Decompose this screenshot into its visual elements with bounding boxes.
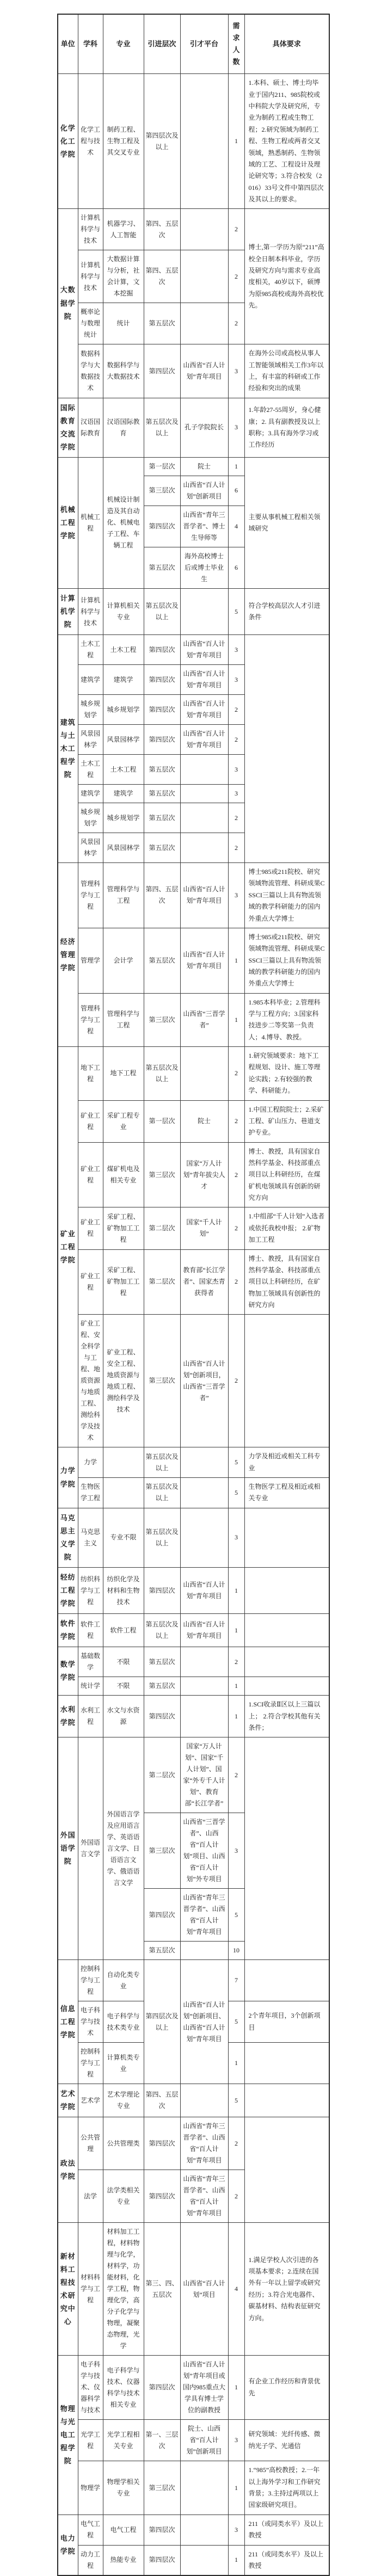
- major-cell: 软件工程: [103, 1614, 144, 1647]
- level-cell: 第四层次: [144, 2117, 180, 2170]
- level-cell: 第四、五层次: [144, 209, 180, 250]
- count-cell: 1: [228, 2043, 244, 2084]
- major-cell: 建筑学: [103, 785, 144, 803]
- level-cell: 第四层次及以上: [144, 74, 180, 209]
- level-cell: 第三、四、五层次: [144, 2223, 180, 2356]
- table-row: 大数据学院计算机科学与技术机器学习、人工智能第四、五层次2博士,第一学历为原“2…: [58, 209, 329, 250]
- level-cell: 第五层次及以上: [144, 398, 180, 457]
- table-row: 力学学院力学第五层次及以上5力学及相近或相关工科专业: [58, 1447, 329, 1478]
- subject-cell: 地下工程: [78, 1047, 103, 1100]
- major-cell: 专业不限: [103, 1508, 144, 1567]
- subject-cell: 化学工程与技术: [78, 74, 103, 209]
- count-cell: 2: [228, 695, 244, 725]
- major-cell: 地下工程: [103, 1047, 144, 1100]
- req-cell: [244, 1614, 329, 1647]
- unit-cell: 数学学院: [58, 1647, 78, 1696]
- subject-cell: 外国语言文学: [78, 1737, 103, 1960]
- count-cell: 5: [228, 588, 244, 634]
- platform-cell: 山西省“百人计划”青年项目: [180, 695, 228, 725]
- count-cell: 2: [228, 2117, 244, 2170]
- table-row: 经济管理学院管理科学与工程管理科学与工程第四、五层次山西省“百人计划”青年项目3…: [58, 863, 329, 928]
- platform-cell: 国家“万人计划”、国家“千人计划”、国家“外专千人计划”、教育部“长江学者”: [180, 1737, 228, 1813]
- platform-cell: [180, 1447, 228, 1478]
- req-cell: [244, 635, 329, 863]
- subject-cell: 管理科学与工程: [78, 863, 103, 928]
- unit-cell: 化学化工学院: [58, 74, 78, 209]
- subject-cell: 风景园林学: [78, 725, 103, 755]
- table-row: 马克思主义学院马克思主义专业不限第五层次及以上3: [58, 1508, 329, 1567]
- count-cell: 2: [228, 833, 244, 863]
- major-cell: 材料加工工程，材料物理与化学，材料学，功能材料，化学工程，物理化学，高分子化学与…: [103, 2223, 144, 2356]
- platform-cell: [180, 833, 228, 863]
- req-cell: 主要从事机械工程相关领域研究: [244, 457, 329, 588]
- req-cell: 符合学校高层次人才引进条件: [244, 588, 329, 634]
- subject-cell: 管理学: [78, 928, 103, 993]
- level-cell: 第四层次: [144, 2356, 180, 2420]
- level-cell: 第四层次: [144, 344, 180, 398]
- req-cell: [244, 2043, 329, 2084]
- platform-cell: [180, 2084, 228, 2117]
- level-cell: 第五层次: [144, 785, 180, 803]
- count-cell: 3: [228, 635, 244, 665]
- platform-cell: 山西省“百人计划”青年项目: [180, 928, 228, 993]
- level-cell: 第五层次及以上: [144, 1047, 180, 1100]
- table-row: 外国语学院外国语言文学外国语言学及应用语言学、英语语言文学、日语语言文学、俄语语…: [58, 1737, 329, 1813]
- subject-cell: 软件工程: [78, 1614, 103, 1647]
- count-cell: 2: [228, 1647, 244, 1677]
- major-cell: 大数据计算与分析，社会计算，文本挖掘: [103, 250, 144, 303]
- major-cell: 不限: [103, 1647, 144, 1677]
- platform-cell: 山西省“青年三晋学者”、博士生导师等: [180, 506, 228, 547]
- header-cell-level: 引进层次: [144, 14, 180, 74]
- platform-cell: 山西省“青年三晋学者”、山西省“百人计划”青年项目: [180, 2170, 228, 2223]
- subject-cell: 统计学: [78, 1677, 103, 1696]
- level-cell: 第五层次及以上: [144, 1447, 180, 1478]
- level-cell: 第三层次: [144, 1142, 180, 1207]
- major-cell: 会计学: [103, 928, 144, 993]
- req-cell: [244, 1647, 329, 1677]
- level-cell: 第三层次: [144, 993, 180, 1046]
- subject-cell: 动力工程: [78, 2545, 103, 2575]
- table-row: 电力学院电气工程电气工程第四层次3211（或同类水平）及以上教授: [58, 2515, 329, 2545]
- table-row: 轻纺工程学院纺织科学与工程纺织化学及材料和生物技术第四层次山西省“百人计划”青年…: [58, 1567, 329, 1613]
- platform-cell: 院士: [180, 1100, 228, 1142]
- platform-cell: [180, 303, 228, 344]
- major-cell: 管理科学与工程: [103, 863, 144, 928]
- header-cell-unit: 单位: [58, 14, 78, 74]
- count-cell: 2: [228, 1142, 244, 1207]
- major-cell: 计算机类专业: [103, 2043, 144, 2084]
- subject-cell: 数据科学与大数据技术: [78, 344, 103, 398]
- major-cell: 纺织化学及材料和生物技术: [103, 1567, 144, 1613]
- major-cell: 外国语言学及应用语言学、英语语言文学、日语语言文学、俄语语言文学: [103, 1737, 144, 1960]
- table-row: 水利学院水利工程水文与水资源第四层次11.SCI收录Ⅱ区以上三篇以上； 2.符合…: [58, 1696, 329, 1737]
- subject-cell: 电子科学与技术: [78, 2001, 103, 2043]
- table-row: 光学工程光学工程相关专业第一、三层次院士、山西省“百人计划”创新项目3研究领域：…: [58, 2420, 329, 2461]
- level-cell: 第五层次: [144, 928, 180, 993]
- header-cell-major: 专业: [103, 14, 144, 74]
- subject-cell: 机械工程: [78, 457, 103, 588]
- level-cell: 第四层次: [144, 2170, 180, 2223]
- platform-cell: 院士、山西省“百人计划”创新项目: [180, 2420, 228, 2461]
- platform-cell: [180, 588, 228, 634]
- platform-cell: [180, 1508, 228, 1567]
- req-cell: 1.“985”高校教授；2.一年以上海外学习和工作研究背景；3.主持过两项以上国…: [244, 2461, 329, 2515]
- level-cell: 第三层次: [144, 476, 180, 506]
- subject-cell: 纺织科学与工程: [78, 1567, 103, 1613]
- req-cell: 1.研究领域要求：地下工程规划、设计、施工等理论实践；2.有较强的教学、科研能力…: [244, 1047, 329, 1100]
- req-cell: [244, 1960, 329, 2001]
- level-cell: 第五层次: [144, 1942, 180, 1960]
- table-row: 管理学会计学第五层次山西省“百人计划”青年项目1博士985或211院校、研究领域…: [58, 928, 329, 993]
- platform-cell: [180, 250, 228, 303]
- level-cell: 第五层次: [144, 803, 180, 833]
- level-cell: 第四层次: [144, 2545, 180, 2575]
- req-cell: [244, 1677, 329, 1696]
- level-cell: 第五层次及以上: [144, 1478, 180, 1508]
- subject-cell: 电气工程: [78, 2515, 103, 2545]
- req-cell: 1.年龄27-55周岁，身心健康；2. 具有副教授及以上职称；3.具有海外学习或…: [244, 398, 329, 457]
- unit-cell: 经济管理学院: [58, 863, 78, 1047]
- major-cell: 汉语国际教育: [103, 398, 144, 457]
- unit-cell: 建筑与土木工程学院: [58, 635, 78, 863]
- major-cell: 煤矿机电及相关专业: [103, 1142, 144, 1207]
- platform-cell: [180, 2545, 228, 2575]
- recruitment-table: 单位 学科 专业 引进层次 引才平台 需求人数 具体要求 化学化工学院化学工程与…: [57, 14, 330, 2576]
- subject-cell: 城乡规划学: [78, 803, 103, 833]
- unit-cell: 物理与光电工程学院: [58, 2356, 78, 2515]
- platform-cell: 山西省“百人计划”青年项目: [180, 1614, 228, 1647]
- req-cell: 博士、教授，具有国家自然科学基金、科技部重点项目以上科研经历，在煤矿机电领域具有…: [244, 1142, 329, 1207]
- unit-cell: 矿业工程学院: [58, 1047, 78, 1447]
- table-row: 化学化工学院化学工程与技术制药工程、生物工程及其交叉专业第四层次及以上11.本科…: [58, 74, 329, 209]
- unit-cell: 计算机学院: [58, 588, 78, 634]
- count-cell: 2: [228, 1315, 244, 1447]
- unit-cell: 电力学院: [58, 2515, 78, 2575]
- level-cell: 第四层次: [144, 2515, 180, 2545]
- major-cell: 电气工程: [103, 2515, 144, 2545]
- platform-cell: 山西省“百人计划”青年项目或国内985重点大学具有博士学位的副教授: [180, 2356, 228, 2420]
- unit-cell: 软件学院: [58, 1614, 78, 1647]
- count-cell: 5: [228, 1889, 244, 1942]
- count-cell: 1: [228, 1614, 244, 1647]
- level-cell: 第四、五层次: [144, 863, 180, 928]
- platform-cell: 山西省“百人计划”青年项目: [180, 863, 228, 928]
- level-cell: 第五层次及以上: [144, 1508, 180, 1567]
- table-row: 新材料工程技术研究中心材料科学与工程材料加工工程，材料物理与化学，材料学，功能材…: [58, 2223, 329, 2356]
- count-cell: 7: [228, 1960, 244, 2001]
- req-cell: 1.985本科毕业；2.管理科学与工程方向；3.国家科技进步二等奖第一负责人；4…: [244, 993, 329, 1046]
- major-cell: 土木工程: [103, 755, 144, 785]
- level-cell: 第四层次: [144, 635, 180, 665]
- count-cell: 1: [228, 1696, 244, 1737]
- major-cell: 城乡规划学: [103, 695, 144, 725]
- subject-cell: 光学工程: [78, 2420, 103, 2461]
- subject-cell: 计算机科学与技术: [78, 588, 103, 634]
- table-row: 建筑与土木工程学院土木工程土木工程第四层次山西省“百人计划”青年项目3: [58, 635, 329, 665]
- count-cell: 1: [228, 2461, 244, 2515]
- major-cell: 采矿工程专业: [103, 1100, 144, 1142]
- major-cell: 机器学习、人工智能: [103, 209, 144, 250]
- table-row: 动力工程热能专业第四层次1211（或同类水平）及以上教授: [58, 2545, 329, 2575]
- level-cell: 第五层次: [144, 833, 180, 863]
- unit-cell: 轻纺工程学院: [58, 1567, 78, 1613]
- table-row: 矿业工程采矿工程、矿物加工工程第二层次国家“千人计划”21.中组部“千人计划”入…: [58, 1207, 329, 1249]
- level-cell: 第三层次: [144, 2461, 180, 2515]
- level-cell: 第五层次: [144, 1677, 180, 1696]
- header-cell-req: 具体要求: [244, 14, 329, 74]
- count-cell: 2: [228, 1100, 244, 1142]
- req-cell: 博士985或211院校、研究领域物流管理、科研成果CSSCI三篇以上具有物流领域…: [244, 863, 329, 928]
- table-row: 信息工程学院控制科学与工程自动化类专业第四层次及以上山西省“百人计划”创新项目、…: [58, 1960, 329, 2001]
- platform-cell: 孔子学院院长: [180, 398, 228, 457]
- major-cell: 法学类相关专业: [103, 2170, 144, 2223]
- table-row: 矿业工程学院地下工程地下工程第五层次及以上21.研究领域要求：地下工程规划、设计…: [58, 1047, 329, 1100]
- count-cell: 5: [228, 2084, 244, 2117]
- platform-cell: [180, 74, 228, 209]
- count-cell: 6: [228, 547, 244, 588]
- platform-cell: [180, 1696, 228, 1737]
- major-cell: 艺术学理论专业: [103, 2084, 144, 2117]
- major-cell: 电子科学与技术、仪器科学与技术相关专业: [103, 2356, 144, 2420]
- req-cell: [244, 1737, 329, 1960]
- platform-cell: [180, 755, 228, 785]
- platform-cell: [180, 1677, 228, 1696]
- major-cell: 城乡规划学: [103, 803, 144, 833]
- major-cell: 采矿工程、矿物加工工程: [103, 1249, 144, 1315]
- platform-cell: 山西省“百人计划”创新项目: [180, 476, 228, 506]
- level-cell: 第五层次及以上: [144, 1614, 180, 1647]
- major-cell: 水文与水资源: [103, 1696, 144, 1737]
- count-cell: 1: [228, 74, 244, 209]
- subject-cell: 力学: [78, 1447, 103, 1478]
- count-cell: 2: [228, 1207, 244, 1249]
- subject-cell: 城乡规划学: [78, 695, 103, 725]
- level-cell: 第五层次: [144, 303, 180, 344]
- level-cell: 第二层次: [144, 1737, 180, 1813]
- level-cell: 第四层次: [144, 1889, 180, 1942]
- count-cell: 1: [228, 2356, 244, 2420]
- major-cell: 矿业工程、安全工程、地质资源与地质工程、测绘科学及技术: [103, 1315, 144, 1447]
- major-cell: 土木工程: [103, 635, 144, 665]
- major-cell: [103, 1478, 144, 1508]
- level-cell: 第三层次: [144, 1315, 180, 1447]
- subject-cell: 建筑学: [78, 785, 103, 803]
- platform-cell: 山西省“百人计划”青年项目: [180, 635, 228, 665]
- count-cell: 2: [228, 2170, 244, 2223]
- unit-cell: 大数据学院: [58, 209, 78, 398]
- unit-cell: 信息工程学院: [58, 1960, 78, 2084]
- req-cell: 博士,第一学历为原“211”高校全日制本科毕业，学历及研究方向与需求专业高度相关…: [244, 209, 329, 344]
- subject-cell: 风景园林学: [78, 833, 103, 863]
- page: 单位 学科 专业 引进层次 引才平台 需求人数 具体要求 化学化工学院化学工程与…: [0, 0, 381, 2576]
- count-cell: 2: [228, 303, 244, 344]
- count-cell: 10: [228, 1942, 244, 1960]
- level-cell: 第二层次: [144, 1207, 180, 1249]
- platform-cell: 国家“千人计划”: [180, 1207, 228, 1249]
- req-cell: 1.SCI收录Ⅱ区以上三篇以上； 2.符合学校其他有关条件；: [244, 1696, 329, 1737]
- level-cell: 第五层次及以上: [144, 588, 180, 634]
- subject-cell: 土木工程: [78, 755, 103, 785]
- subject-cell: 计算机科学与技术: [78, 209, 103, 250]
- platform-cell: [180, 209, 228, 250]
- level-cell: 第三层次: [144, 1813, 180, 1889]
- subject-cell: 控制科学与工程: [78, 1960, 103, 2001]
- platform-cell: 山西省“百人计划”青年项目: [180, 665, 228, 695]
- level-cell: 第四、五层次: [144, 2084, 180, 2117]
- level-cell: 第五层次: [144, 547, 180, 588]
- unit-cell: 政法学院: [58, 2117, 78, 2223]
- table-row: 物理与光电工程学院电子科学与技术、仪器科学与技术电子科学与技术、仪器科学与技术相…: [58, 2356, 329, 2420]
- major-cell: 管理科学与工程: [103, 993, 144, 1046]
- count-cell: 3: [228, 1508, 244, 1567]
- count-cell: 1: [228, 928, 244, 993]
- unit-cell: 马克思主义学院: [58, 1508, 78, 1567]
- req-cell: 1.本科、硕士、博士均毕业于国内211、985院校或中科院大学及研究所，专业为制…: [244, 74, 329, 209]
- subject-cell: 计算机科学与技术: [78, 250, 103, 303]
- count-cell: 3: [228, 2515, 244, 2545]
- subject-cell: 电子科学与技术、仪器科学与技术: [78, 2356, 103, 2420]
- req-cell: 1.中国工程院院士；2.采矿工程、矿山压力、巷道支护专业。: [244, 1100, 329, 1142]
- req-cell: 博士985或211院校、研究领域物流管理、科研成果CSSCI三篇以上具有物流领域…: [244, 928, 329, 993]
- level-cell: 第四层次: [144, 695, 180, 725]
- unit-cell: 机械工程学院: [58, 457, 78, 588]
- table-row: 统计学不限第五层次1: [58, 1677, 329, 1696]
- count-cell: 3: [228, 863, 244, 928]
- req-cell: 211（或同类水平）及以上教授: [244, 2545, 329, 2575]
- count-cell: 4: [228, 2223, 244, 2356]
- major-cell: 热能专业: [103, 2545, 144, 2575]
- subject-cell: 控制科学与工程: [78, 2043, 103, 2084]
- req-cell: 2个青年项目，3个创新项目: [244, 2001, 329, 2043]
- platform-cell: 山西省“青年三晋学者”、山西省“百人计划”青年项目: [180, 2117, 228, 2170]
- level-cell: 第四、五层次: [144, 250, 180, 303]
- platform-cell: [180, 803, 228, 833]
- subject-cell: 矿业工程: [78, 1142, 103, 1207]
- count-cell: 2: [228, 1249, 244, 1315]
- subject-cell: 矿业工程: [78, 1207, 103, 1249]
- subject-cell: 矿业工程: [78, 1100, 103, 1142]
- count-cell: 3: [228, 398, 244, 457]
- count-cell: 5: [228, 1447, 244, 1478]
- table-row: 矿业工程、安全科学与工程、地质资源与地质工程、测绘科学及技术矿业工程、安全工程、…: [58, 1315, 329, 1447]
- count-cell: 2: [228, 1737, 244, 1813]
- table-row: 矿业工程采矿工程、矿物加工工程第二层次教育部“长江学者”、国家杰青获得者2博士、…: [58, 1249, 329, 1315]
- unit-cell: 国际教育交流学院: [58, 398, 78, 457]
- major-cell: 采矿工程、矿物加工工程: [103, 1207, 144, 1249]
- platform-cell: [180, 1047, 228, 1100]
- req-cell: 力学及相近或相关工科专业: [244, 1447, 329, 1478]
- subject-cell: 汉语国际教育: [78, 398, 103, 457]
- table-row: 数学学院基础数学不限第五层次2: [58, 1647, 329, 1677]
- level-cell: 第四层次: [144, 665, 180, 695]
- count-cell: 2: [228, 1047, 244, 1100]
- subject-cell: 公共管理: [78, 2117, 103, 2170]
- platform-cell: [180, 2461, 228, 2515]
- level-cell: 第四层次: [144, 1567, 180, 1613]
- platform-cell: 教育部“长江学者”、国家杰青获得者: [180, 1249, 228, 1315]
- table-row: 艺术学院艺术学艺术学理论专业第四、五层次5: [58, 2084, 329, 2117]
- platform-cell: 山西省“百人计划”青年项目: [180, 1567, 228, 1613]
- unit-cell: 新材料工程技术研究中心: [58, 2223, 78, 2356]
- platform-cell: 院士: [180, 457, 228, 476]
- platform-cell: 山西省“三晋学者”: [180, 993, 228, 1046]
- table-row: 物理学物理学相关专业第三层次11.“985”高校教授；2.一年以上海外学习和工作…: [58, 2461, 329, 2515]
- header-cell-count: 需求人数: [228, 14, 244, 74]
- subject-cell: 物理学: [78, 2461, 103, 2515]
- level-cell: 第四层次: [144, 725, 180, 755]
- major-cell: 建筑学: [103, 665, 144, 695]
- unit-cell: 力学学院: [58, 1447, 78, 1508]
- major-cell: 风景园林学: [103, 833, 144, 863]
- platform-cell: [180, 1478, 228, 1508]
- subject-cell: 基础数学: [78, 1647, 103, 1677]
- level-cell: 第二层次: [144, 1249, 180, 1315]
- subject-cell: 管理科学与工程: [78, 993, 103, 1046]
- count-cell: 2: [228, 803, 244, 833]
- subject-cell: 马克思主义: [78, 1508, 103, 1567]
- count-cell: 3: [228, 785, 244, 803]
- header-row: 单位 学科 专业 引进层次 引才平台 需求人数 具体要求: [58, 14, 329, 74]
- table-row: 政法学院公共管理公共管理类第四层次山西省“青年三晋学者”、山西省“百人计划”青年…: [58, 2117, 329, 2170]
- count-cell: 1: [228, 1567, 244, 1613]
- count-cell: 2: [228, 250, 244, 303]
- req-cell: 有企业工作经历和背景优先: [244, 2356, 329, 2420]
- req-cell: 博士、教授，具有国家自然科学基金、科技部重点项目以上科研经历，在矿物加工领域具有…: [244, 1249, 329, 1315]
- platform-cell: 山西省“百人计划”创新项目、山西省“百人计划”青年项目: [180, 1960, 228, 2084]
- req-cell: 生物医学工程及相近或相关专业: [244, 1478, 329, 1508]
- level-cell: 第五层次: [144, 1647, 180, 1677]
- count-cell: 3: [228, 755, 244, 785]
- req-cell: 研究领域：光纤传感、微纳光子学、光通信: [244, 2420, 329, 2461]
- count-cell: 3: [228, 2420, 244, 2461]
- count-cell: 2: [228, 209, 244, 250]
- unit-cell: 水利学院: [58, 1696, 78, 1737]
- table-row: 生物医学工程第五层次及以上5生物医学工程及相近或相关专业: [58, 1478, 329, 1508]
- header-cell-subject: 学科: [78, 14, 103, 74]
- table-row: 矿业工程煤矿机电及相关专业第三层次国家“万人计划”青年拔尖人才2博士、教授，具有…: [58, 1142, 329, 1207]
- platform-cell: [180, 785, 228, 803]
- req-cell: 211（或同类水平）及以上教授: [244, 2515, 329, 2545]
- req-cell: [244, 1508, 329, 1567]
- level-cell: 第五层次: [144, 755, 180, 785]
- platform-cell: 山西省“百人计划”项目: [180, 2223, 228, 2356]
- platform-cell: 国家“万人计划”青年拔尖人才: [180, 1142, 228, 1207]
- unit-cell: 外国语学院: [58, 1737, 78, 1960]
- major-cell: 制药工程、生物工程及其交叉专业: [103, 74, 144, 209]
- level-cell: 第一、三层次: [144, 2420, 180, 2461]
- unit-cell: 艺术学院: [58, 2084, 78, 2117]
- major-cell: 自动化类专业: [103, 1960, 144, 2001]
- platform-cell: 山西省“百人计划”创新项目，山西省“三晋学者”: [180, 1315, 228, 1447]
- table-row: 管理科学与工程管理科学与工程第三层次山西省“三晋学者”11.985本科毕业；2.…: [58, 993, 329, 1046]
- platform-cell: 山西省“三晋学者”、山西省“百人计划”项目、山西省“百人计划”外专项目: [180, 1813, 228, 1889]
- table-row: 矿业工程采矿工程专业第一层次院士21.中国工程院院士；2.采矿工程、矿山压力、巷…: [58, 1100, 329, 1142]
- req-cell: 在海外公司或高校从事人工智能领域相关工作3年以上，有丰富的科研或工作经验和突出的…: [244, 344, 329, 398]
- count-cell: 5: [228, 2001, 244, 2043]
- subject-cell: 艺术学: [78, 2084, 103, 2117]
- platform-cell: 山西省“青年三晋学者”、山西省“百人计划”青年项目: [180, 1889, 228, 1942]
- subject-cell: 材料科学与工程: [78, 2223, 103, 2356]
- count-cell: 5: [228, 1478, 244, 1508]
- table-row: 数据科学与大数据技术数据科学与大数据技术第四层次山西省“百人计划”青年项目3在海…: [58, 344, 329, 398]
- req-cell: 1.满足学校人次引进的各项基本要求；2.连续在国外有一年以上留学或研究经历；3.…: [244, 2223, 329, 2356]
- major-cell: 物理学相关专业: [103, 2461, 144, 2515]
- major-cell: 统计: [103, 303, 144, 344]
- subject-cell: 水利工程: [78, 1696, 103, 1737]
- req-cell: [244, 2117, 329, 2223]
- count-cell: 1: [228, 993, 244, 1046]
